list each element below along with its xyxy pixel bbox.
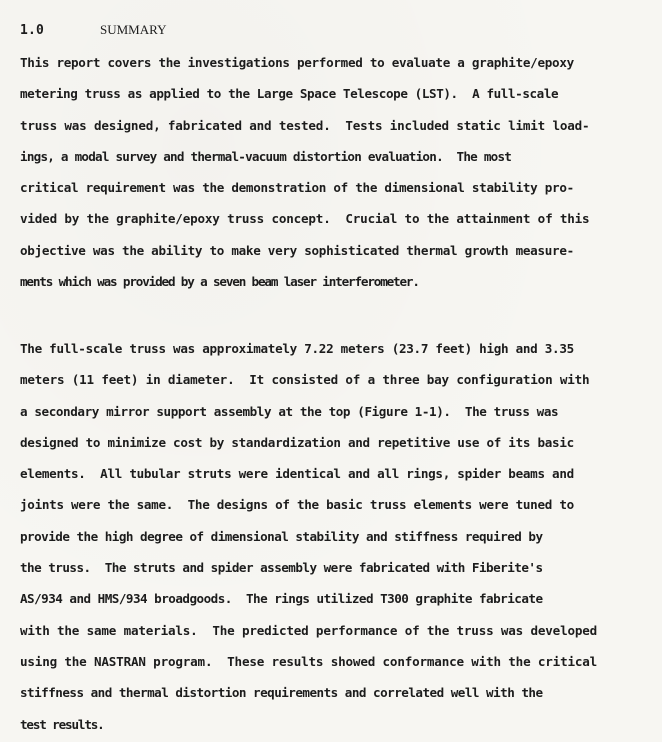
text-line: test results. xyxy=(20,709,650,740)
text-line: AS/934 and HMS/934 broadgoods. The rings… xyxy=(20,583,650,614)
text-line: The full-scale truss was approximately 7… xyxy=(20,333,650,364)
text-line: the truss. The struts and spider assembl… xyxy=(20,552,650,583)
section-heading: 1.0SUMMARY xyxy=(20,22,166,38)
paragraph-truss-description: The full-scale truss was approximately 7… xyxy=(20,333,650,740)
text-line: joints were the same. The designs of the… xyxy=(20,489,650,520)
text-line: objective was the ability to make very s… xyxy=(20,235,650,266)
text-line: designed to minimize cost by standardiza… xyxy=(20,427,650,458)
text-line: metering truss as applied to the Large S… xyxy=(20,78,650,109)
text-line: ings, a modal survey and thermal-vacuum … xyxy=(20,141,650,172)
text-line: stiffness and thermal distortion require… xyxy=(20,677,650,708)
text-line: This report covers the investigations pe… xyxy=(20,47,650,78)
text-line: ments which was provided by a seven beam… xyxy=(20,266,650,297)
text-line: with the same materials. The predicted p… xyxy=(20,615,650,646)
text-line: elements. All tubular struts were identi… xyxy=(20,458,650,489)
section-number: 1.0 xyxy=(20,23,100,38)
text-line: critical requirement was the demonstrati… xyxy=(20,172,650,203)
paragraph-overview: This report covers the investigations pe… xyxy=(20,47,650,297)
text-line: using the NASTRAN program. These results… xyxy=(20,646,650,677)
text-line: truss was designed, fabricated and teste… xyxy=(20,110,650,141)
text-line: vided by the graphite/epoxy truss concep… xyxy=(20,203,650,234)
text-line: meters (11 feet) in diameter. It consist… xyxy=(20,364,650,395)
section-title: SUMMARY xyxy=(100,22,166,37)
text-line: a secondary mirror support assembly at t… xyxy=(20,396,650,427)
text-line: provide the high degree of dimensional s… xyxy=(20,521,650,552)
document-page: 1.0SUMMARY This report covers the invest… xyxy=(0,0,662,742)
